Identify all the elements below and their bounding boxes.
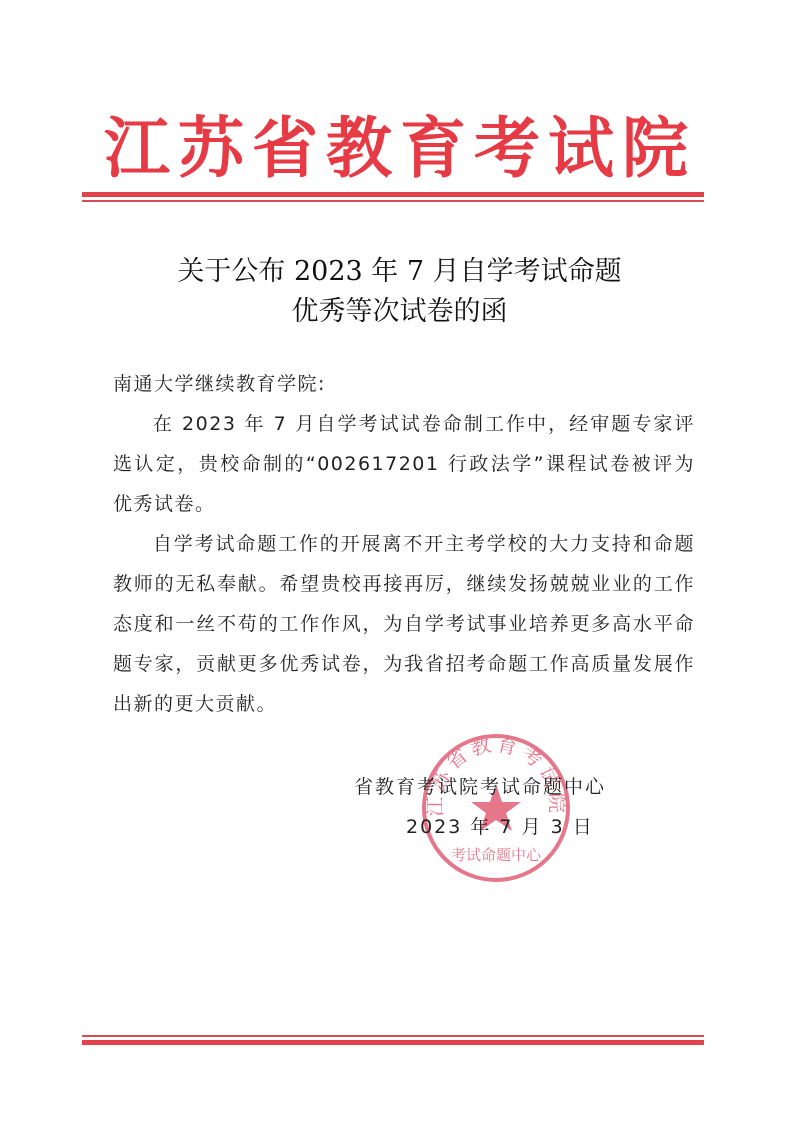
official-seal-icon: 江苏省教育考试院 考试命题中心 xyxy=(420,732,572,884)
document-title-line1: 关于公布 2023 年 7 月自学考试命题 xyxy=(0,252,799,292)
paragraph-1: 在 2023 年 7 月自学考试试卷命制工作中，经审题专家评选认定，贵校命制的“… xyxy=(113,404,695,524)
header-rule-thin xyxy=(82,200,704,202)
footer-rule-thin xyxy=(82,1035,704,1037)
salutation: 南通大学继续教育学院: xyxy=(113,364,695,404)
header-rule-thick xyxy=(82,192,704,197)
paragraph-2: 自学考试命题工作的开展离不开主考学校的大力支持和命题教师的无私奉献。希望贵校再接… xyxy=(113,524,695,724)
footer-rule-thick xyxy=(82,1040,704,1045)
issue-date: 2023 年 7 月 3 日 xyxy=(406,812,594,839)
letter-body: 南通大学继续教育学院: 在 2023 年 7 月自学考试试卷命制工作中，经审题专… xyxy=(113,364,695,724)
issuer-signature: 省教育考试院考试命题中心 xyxy=(354,772,606,799)
seal-bottom-text: 考试命题中心 xyxy=(451,846,542,864)
document-title-line2: 优秀等次试卷的函 xyxy=(0,292,799,332)
letterhead-title: 江苏省教育考试院 xyxy=(104,108,664,188)
